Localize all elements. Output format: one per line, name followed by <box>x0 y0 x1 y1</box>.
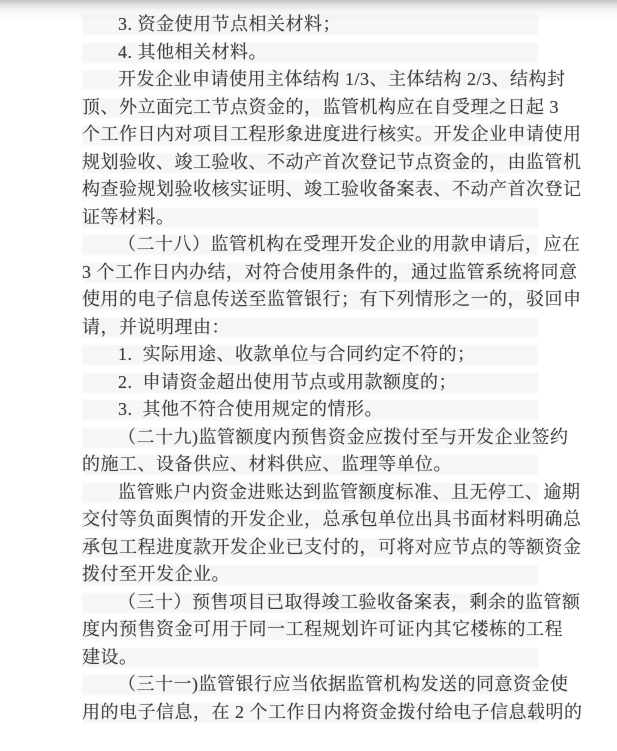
text-line: 开发企业申请使用主体结构 1/3、主体结构 2/3、结构封 <box>82 66 538 94</box>
text-line: 1. 实际用途、收款单位与合同约定不符的； <box>82 341 538 369</box>
text-line: 2. 申请资金超出使用节点或用款额度的； <box>82 369 538 397</box>
text-line: 建设。 <box>82 644 538 672</box>
text-line: 规划验收、竣工验收、不动产首次登记节点资金的，由监管机 <box>82 149 538 177</box>
text-line: （二十九)监管额度内预售资金应拨付至与开发企业签约 <box>82 424 538 452</box>
text-line: 监管账户内资金进账达到监管额度标准、且无停工、逾期 <box>82 479 538 507</box>
text-line: 个工作日内对项目工程形象进度进行核实。开发企业申请使用 <box>82 121 538 149</box>
text-line: （二十八）监管机构在受理开发企业的用款申请后，应在 <box>82 231 538 259</box>
text-line: 的施工、设备供应、材料供应、监理等单位。 <box>82 451 538 479</box>
text-line: 构查验规划验收核实证明、竣工验收备案表、不动产首次登记 <box>82 176 538 204</box>
text-line: 交付等负面舆情的开发企业，总承包单位出具书面材料明确总 <box>82 506 538 534</box>
text-block: 3. 资金使用节点相关材料；4. 其他相关材料。开发企业申请使用主体结构 1/3… <box>82 11 538 726</box>
text-line: 承包工程进度款开发企业已支付的，可将对应节点的等额资金 <box>82 534 538 562</box>
text-line: 顶、外立面完工节点资金的，监管机构应在自受理之日起 3 <box>82 94 538 122</box>
text-line: 用的电子信息，在 2 个工作日内将资金拨付给电子信息载明的 <box>82 699 538 727</box>
text-line: 证等材料。 <box>82 204 538 232</box>
document-page: 3. 资金使用节点相关材料；4. 其他相关材料。开发企业申请使用主体结构 1/3… <box>0 0 617 751</box>
text-line: 3. 其他不符合使用规定的情形。 <box>82 396 538 424</box>
text-line: （三十）预售项目已取得竣工验收备案表，剩余的监管额 <box>82 589 538 617</box>
text-line: 请，并说明理由： <box>82 314 538 342</box>
text-line: （三十一)监管银行应当依据监管机构发送的同意资金使 <box>82 671 538 699</box>
text-line: 3 个工作日内办结，对符合使用条件的，通过监管系统将同意 <box>82 259 538 287</box>
text-line: 4. 其他相关材料。 <box>82 39 538 67</box>
text-line: 3. 资金使用节点相关材料； <box>82 11 538 39</box>
text-line: 使用的电子信息传送至监管银行；有下列情形之一的，驳回申 <box>82 286 538 314</box>
text-line: 拨付至开发企业。 <box>82 561 538 589</box>
text-line: 度内预售资金可用于同一工程规划许可证内其它楼栋的工程 <box>82 616 538 644</box>
